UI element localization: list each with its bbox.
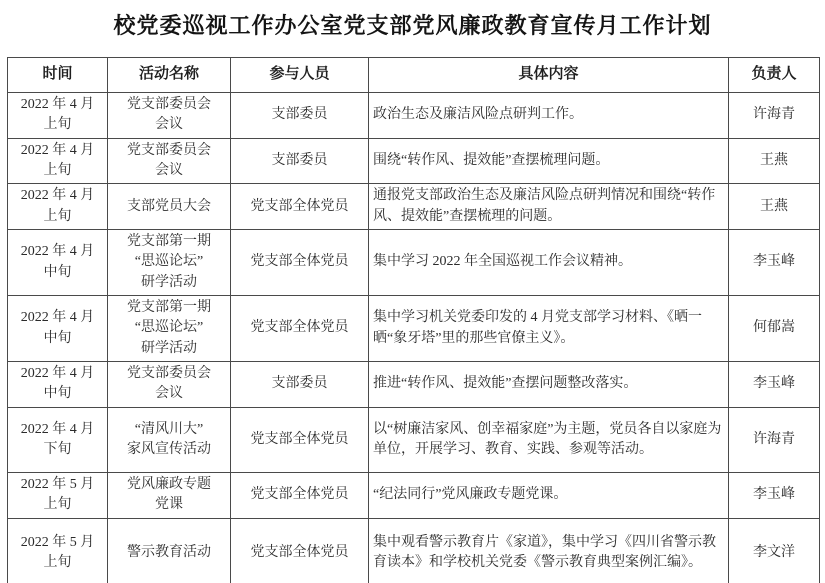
responsible-cell: 何郁嵩 <box>729 296 820 362</box>
document-page: 校党委巡视工作办公室党支部党风廉政教育宣传月工作计划 时间 活动名称 参与人员 … <box>0 0 825 583</box>
time-cell: 2022 年 4 月 上旬 <box>8 93 108 139</box>
time-cell: 2022 年 5 月 上旬 <box>8 472 108 518</box>
content-cell: 集中学习 2022 年全国巡视工作会议精神。 <box>369 230 729 296</box>
table-row: 2022 年 4 月 中旬 党支部第一期 “思巡论坛” 研学活动 党支部全体党员… <box>8 296 820 362</box>
participants-cell: 党支部全体党员 <box>231 472 369 518</box>
table-row: 2022 年 4 月 中旬 党支部委员会 会议 支部委员 推进“转作风、提效能”… <box>8 361 820 407</box>
content-cell: 围绕“转作风、提效能”查摆梳理问题。 <box>369 138 729 184</box>
header-cell-participants: 参与人员 <box>231 58 369 93</box>
content-cell: 集中观看警示教育片《家道》，集中学习《四川省警示教育读本》和学校机关党委《警示教… <box>369 518 729 583</box>
content-cell: 政治生态及廉洁风险点研判工作。 <box>369 93 729 139</box>
table-row: 2022 年 5 月 上旬 党风廉政专题 党课 党支部全体党员 “纪法同行”党风… <box>8 472 820 518</box>
time-cell: 2022 年 4 月 下旬 <box>8 407 108 472</box>
participants-cell: 支部委员 <box>231 93 369 139</box>
activity-cell: 党支部委员会 会议 <box>108 361 231 407</box>
responsible-cell: 李玉峰 <box>729 472 820 518</box>
responsible-cell: 许海青 <box>729 93 820 139</box>
activity-cell: 党支部第一期 “思巡论坛” 研学活动 <box>108 296 231 362</box>
participants-cell: 支部委员 <box>231 361 369 407</box>
table-row: 2022 年 4 月 上旬 党支部委员会 会议 支部委员 政治生态及廉洁风险点研… <box>8 93 820 139</box>
activity-cell: 警示教育活动 <box>108 518 231 583</box>
table-row: 2022 年 4 月 上旬 支部党员大会 党支部全体党员 通报党支部政治生态及廉… <box>8 184 820 230</box>
activity-cell: 党支部委员会 会议 <box>108 93 231 139</box>
responsible-cell: 许海青 <box>729 407 820 472</box>
activity-cell: 党支部第一期 “思巡论坛” 研学活动 <box>108 230 231 296</box>
time-cell: 2022 年 4 月 上旬 <box>8 138 108 184</box>
activity-cell: 党支部委员会 会议 <box>108 138 231 184</box>
header-cell-time: 时间 <box>8 58 108 93</box>
activity-cell: 支部党员大会 <box>108 184 231 230</box>
page-title: 校党委巡视工作办公室党支部党风廉政教育宣传月工作计划 <box>0 0 825 40</box>
responsible-cell: 李玉峰 <box>729 361 820 407</box>
responsible-cell: 王燕 <box>729 138 820 184</box>
content-cell: 集中学习机关党委印发的 4 月党支部学习材料、《晒一晒“象牙塔”里的那些官僚主义… <box>369 296 729 362</box>
time-cell: 2022 年 4 月 中旬 <box>8 361 108 407</box>
content-cell: 推进“转作风、提效能”查摆问题整改落实。 <box>369 361 729 407</box>
participants-cell: 党支部全体党员 <box>231 518 369 583</box>
table-header-row: 时间 活动名称 参与人员 具体内容 负责人 <box>8 58 820 93</box>
time-cell: 2022 年 4 月 中旬 <box>8 296 108 362</box>
work-plan-table: 时间 活动名称 参与人员 具体内容 负责人 2022 年 4 月 上旬 党支部委… <box>7 57 820 583</box>
participants-cell: 党支部全体党员 <box>231 230 369 296</box>
responsible-cell: 李玉峰 <box>729 230 820 296</box>
responsible-cell: 李文洋 <box>729 518 820 583</box>
content-cell: “纪法同行”党风廉政专题党课。 <box>369 472 729 518</box>
time-cell: 2022 年 4 月 上旬 <box>8 184 108 230</box>
participants-cell: 支部委员 <box>231 138 369 184</box>
time-cell: 2022 年 5 月 上旬 <box>8 518 108 583</box>
header-cell-content: 具体内容 <box>369 58 729 93</box>
activity-cell: 党风廉政专题 党课 <box>108 472 231 518</box>
participants-cell: 党支部全体党员 <box>231 407 369 472</box>
header-cell-activity: 活动名称 <box>108 58 231 93</box>
table-row: 2022 年 4 月 中旬 党支部第一期 “思巡论坛” 研学活动 党支部全体党员… <box>8 230 820 296</box>
table-row: 2022 年 4 月 上旬 党支部委员会 会议 支部委员 围绕“转作风、提效能”… <box>8 138 820 184</box>
activity-cell: “清风川大” 家风宣传活动 <box>108 407 231 472</box>
header-cell-responsible: 负责人 <box>729 58 820 93</box>
content-cell: 以“树廉洁家风、创幸福家庭”为主题，党员各自以家庭为单位，开展学习、教育、实践、… <box>369 407 729 472</box>
time-cell: 2022 年 4 月 中旬 <box>8 230 108 296</box>
table-row: 2022 年 5 月 上旬 警示教育活动 党支部全体党员 集中观看警示教育片《家… <box>8 518 820 583</box>
content-cell: 通报党支部政治生态及廉洁风险点研判情况和围绕“转作风、提效能”查摆梳理的问题。 <box>369 184 729 230</box>
responsible-cell: 王燕 <box>729 184 820 230</box>
participants-cell: 党支部全体党员 <box>231 184 369 230</box>
table-row: 2022 年 4 月 下旬 “清风川大” 家风宣传活动 党支部全体党员 以“树廉… <box>8 407 820 472</box>
participants-cell: 党支部全体党员 <box>231 296 369 362</box>
